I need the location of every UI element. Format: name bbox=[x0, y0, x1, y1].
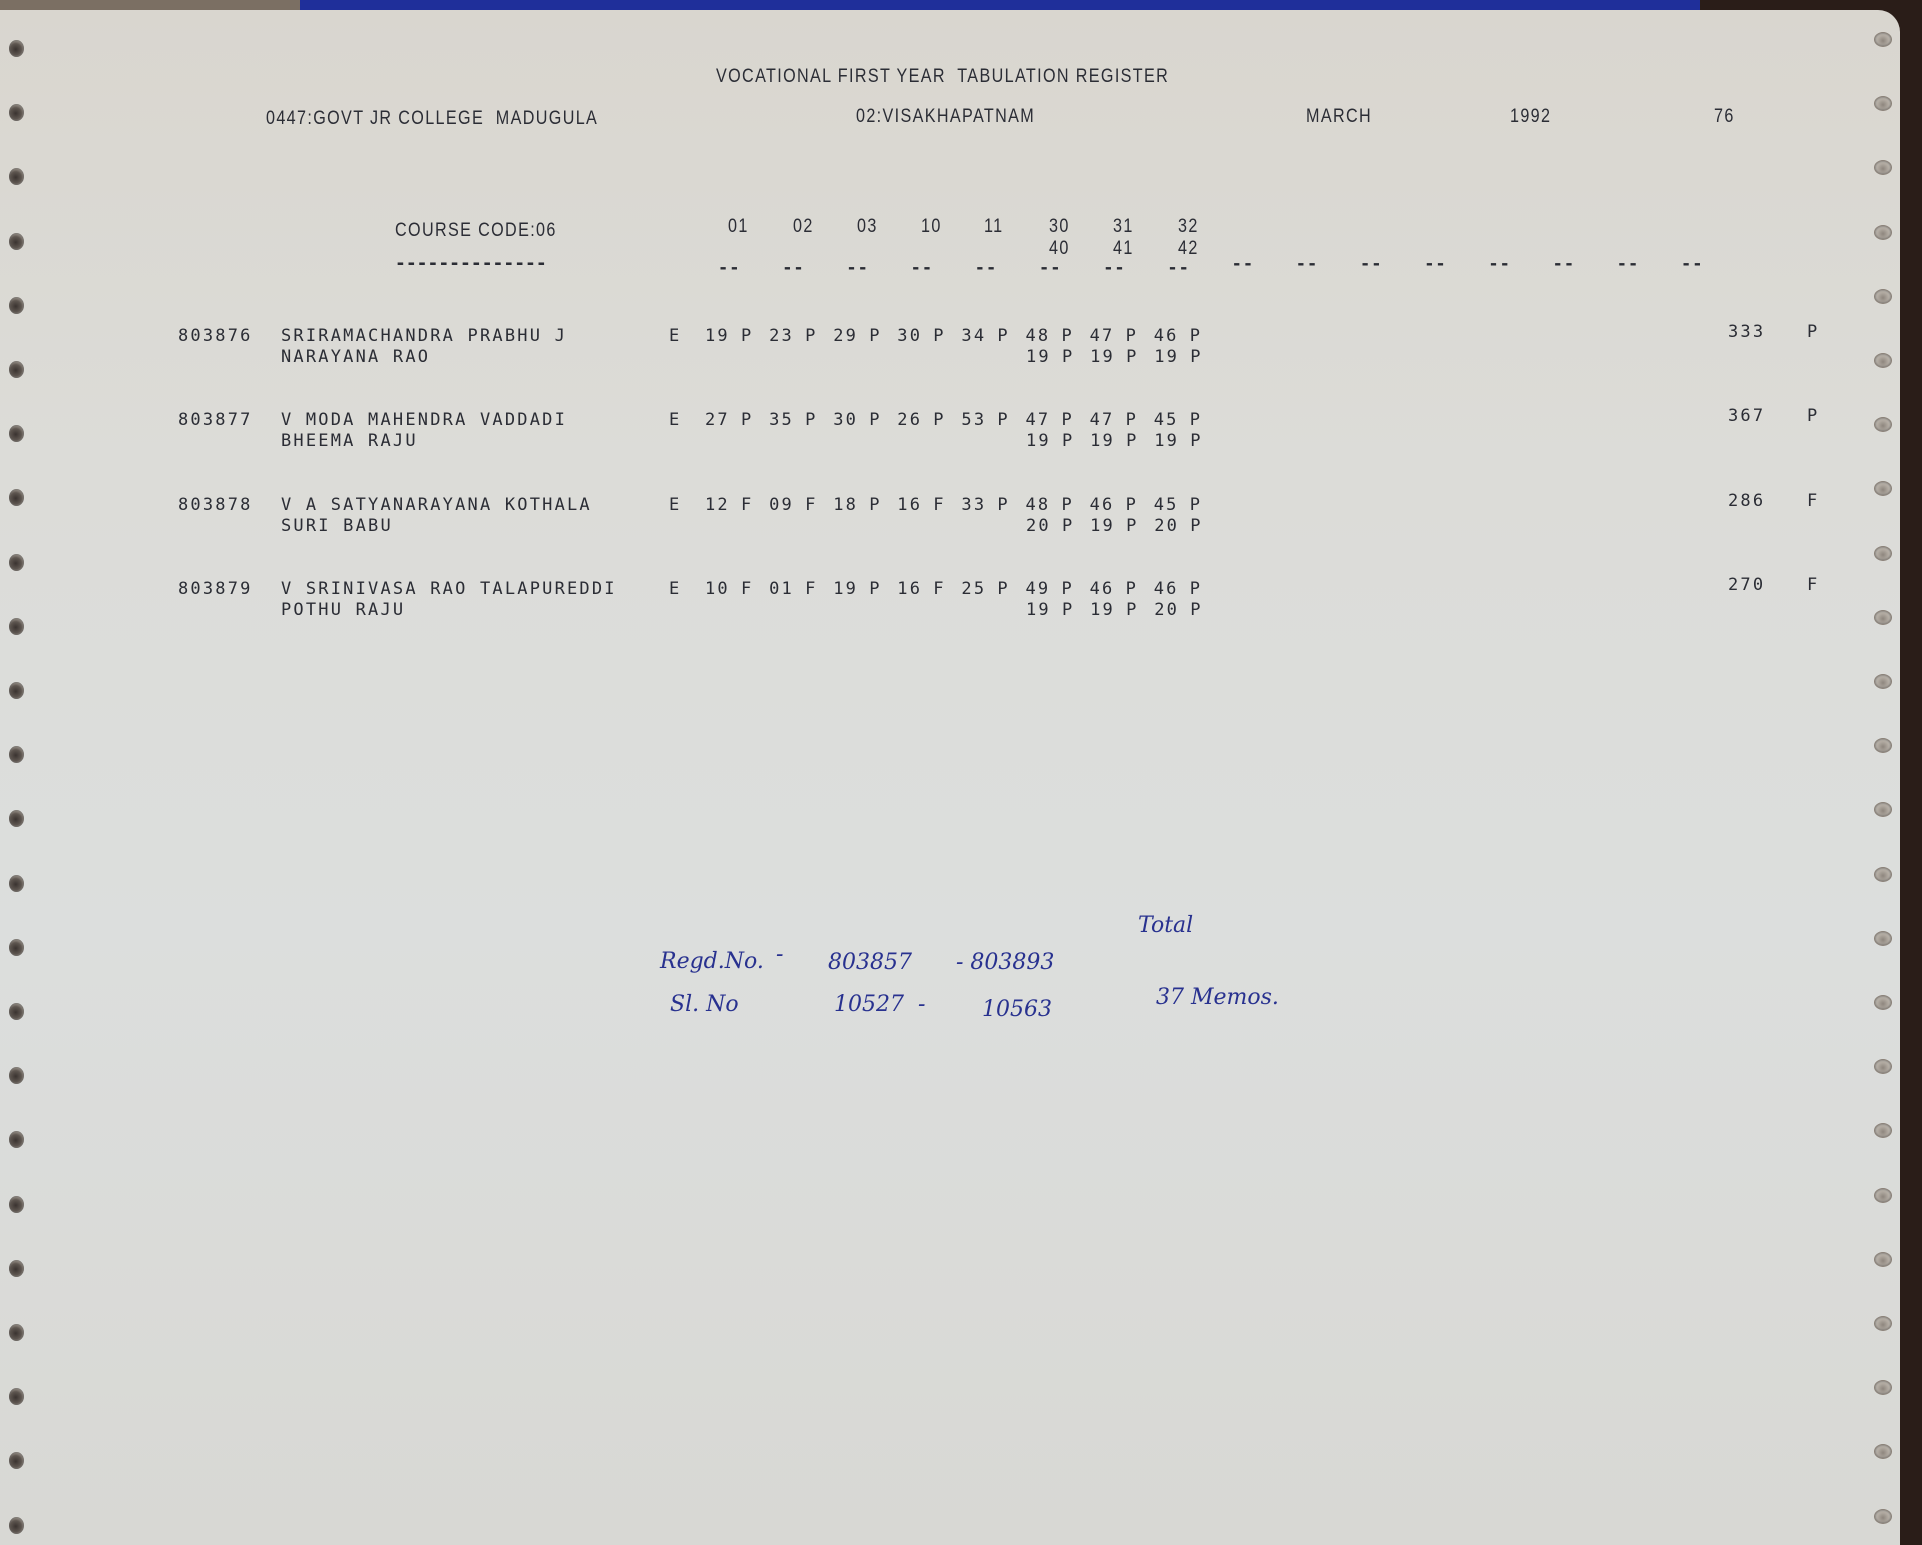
subject-result: P bbox=[1062, 328, 1074, 345]
subject-result: P bbox=[805, 412, 817, 429]
overall-result: P bbox=[1807, 324, 1819, 341]
roll-number: 803879 bbox=[178, 581, 253, 598]
feed-hole-icon bbox=[1874, 1380, 1892, 1395]
subject-mark: 35 bbox=[769, 412, 794, 429]
feed-hole-icon bbox=[9, 233, 24, 250]
feed-hole-icon bbox=[9, 1324, 24, 1341]
feed-hole-icon bbox=[9, 104, 24, 121]
subject-mark: 09 bbox=[769, 497, 794, 514]
total-marks: 286 bbox=[1728, 493, 1765, 510]
subject-mark: 33 bbox=[961, 497, 986, 514]
practical-result: P bbox=[1126, 518, 1138, 535]
feed-hole-icon bbox=[1874, 1316, 1892, 1331]
column-dash: -- bbox=[1424, 256, 1446, 273]
practical-mark: 19 bbox=[1154, 433, 1179, 450]
feed-hole-icon bbox=[1874, 546, 1892, 561]
handwritten-sl-from: 10527 - bbox=[834, 992, 925, 1017]
practical-mark: 20 bbox=[1026, 518, 1051, 535]
course-code-underline: -------------- bbox=[395, 255, 547, 273]
subject-mark: 49 bbox=[1026, 581, 1051, 598]
subject-result: P bbox=[1062, 581, 1074, 598]
feed-hole-icon bbox=[9, 682, 24, 699]
feed-hole-icon bbox=[9, 40, 24, 57]
total-marks: 270 bbox=[1728, 577, 1765, 594]
total-marks: 333 bbox=[1728, 324, 1765, 341]
student-name: SRIRAMACHANDRA PRABHU J bbox=[281, 328, 567, 345]
subject-mark: 47 bbox=[1026, 412, 1051, 429]
column-dash: -- bbox=[846, 260, 868, 277]
subject-code-0: 01 bbox=[728, 217, 749, 236]
feed-hole-icon bbox=[9, 618, 24, 635]
subject-result: F bbox=[741, 581, 753, 598]
column-dash: -- bbox=[975, 260, 997, 277]
feed-hole-icon bbox=[1874, 160, 1892, 175]
column-dash: -- bbox=[1553, 256, 1575, 273]
subject-result: P bbox=[1190, 497, 1202, 514]
subject-mark: 34 bbox=[961, 328, 986, 345]
subject-code-2: 03 bbox=[857, 217, 878, 236]
feed-hole-icon bbox=[9, 554, 24, 571]
subject-code-7: 32 bbox=[1178, 217, 1199, 236]
overall-result: F bbox=[1807, 577, 1819, 594]
subject-result: P bbox=[869, 412, 881, 429]
feed-hole-icon bbox=[9, 1517, 24, 1534]
feed-hole-icon bbox=[9, 746, 24, 763]
subject-mark: 23 bbox=[769, 328, 794, 345]
exam-year: 1992 bbox=[1510, 107, 1551, 126]
subject-mark: 46 bbox=[1090, 497, 1115, 514]
subject-mark: 46 bbox=[1090, 581, 1115, 598]
feed-hole-icon bbox=[1874, 417, 1892, 432]
subject-mark: 53 bbox=[961, 412, 986, 429]
subject-result: P bbox=[1190, 412, 1202, 429]
student-name: V A SATYANARAYANA KOTHALA bbox=[281, 497, 592, 514]
register-title: VOCATIONAL FIRST YEAR TABULATION REGISTE… bbox=[716, 67, 1169, 86]
feed-hole-icon bbox=[1874, 1509, 1892, 1524]
feed-hole-icon bbox=[9, 1452, 24, 1469]
subject-mark: 19 bbox=[705, 328, 730, 345]
subject-result: P bbox=[997, 412, 1009, 429]
practical-result: P bbox=[1062, 518, 1074, 535]
feed-hole-icon bbox=[9, 1388, 24, 1405]
feed-hole-icon bbox=[1874, 1123, 1892, 1138]
subject-mark: 01 bbox=[769, 581, 794, 598]
subject-result: P bbox=[1126, 581, 1138, 598]
subject-code-4: 11 bbox=[984, 217, 1003, 236]
practical-result: P bbox=[1126, 349, 1138, 366]
subject-result: P bbox=[997, 328, 1009, 345]
handwritten-total-label: Total bbox=[1138, 913, 1193, 938]
subject-result: P bbox=[997, 581, 1009, 598]
subject-result: P bbox=[1190, 581, 1202, 598]
feed-hole-icon bbox=[1874, 802, 1892, 817]
practical-result: P bbox=[1190, 518, 1202, 535]
subject-mark: 45 bbox=[1154, 412, 1179, 429]
subject-mark: 25 bbox=[961, 581, 986, 598]
practical-result: P bbox=[1190, 433, 1202, 450]
subject-result: P bbox=[741, 328, 753, 345]
feed-hole-icon bbox=[1874, 1444, 1892, 1459]
practical-mark: 19 bbox=[1154, 349, 1179, 366]
practical-mark: 19 bbox=[1026, 602, 1051, 619]
column-dash: -- bbox=[1296, 256, 1318, 273]
feed-hole-icon bbox=[1874, 353, 1892, 368]
practical-mark: 19 bbox=[1090, 518, 1115, 535]
subject-result: P bbox=[869, 497, 881, 514]
exam-month: MARCH bbox=[1306, 107, 1372, 126]
subject-mark: 18 bbox=[833, 497, 858, 514]
subject-code-line2-5: 40 bbox=[1049, 239, 1070, 258]
medium: E bbox=[669, 497, 681, 514]
feed-hole-icon bbox=[9, 810, 24, 827]
subject-mark: 10 bbox=[705, 581, 730, 598]
practical-result: P bbox=[1062, 349, 1074, 366]
feed-hole-icon bbox=[1874, 738, 1892, 753]
feed-hole-icon bbox=[1874, 225, 1892, 240]
feed-hole-icon bbox=[1874, 32, 1892, 47]
feed-hole-icon bbox=[9, 1196, 24, 1213]
feed-hole-icon bbox=[9, 875, 24, 892]
student-name: V MODA MAHENDRA VADDADI bbox=[281, 412, 567, 429]
column-dash: -- bbox=[1167, 260, 1189, 277]
overall-result: F bbox=[1807, 493, 1819, 510]
subject-code-3: 10 bbox=[921, 217, 942, 236]
feed-hole-icon bbox=[9, 297, 24, 314]
subject-result: P bbox=[741, 412, 753, 429]
column-dash: -- bbox=[1488, 256, 1510, 273]
feed-hole-icon bbox=[1874, 1059, 1892, 1074]
tabulation-register-sheet: VOCATIONAL FIRST YEAR TABULATION REGISTE… bbox=[0, 10, 1900, 1545]
father-name: NARAYANA RAO bbox=[281, 349, 430, 366]
column-dash: -- bbox=[1360, 256, 1382, 273]
feed-hole-icon bbox=[1874, 931, 1892, 946]
subject-result: P bbox=[869, 328, 881, 345]
student-name: V SRINIVASA RAO TALAPUREDDI bbox=[281, 581, 617, 598]
subject-code-6: 31 bbox=[1113, 217, 1134, 236]
district-name: 02:VISAKHAPATNAM bbox=[856, 107, 1035, 126]
handwritten-sl-label: Sl. No bbox=[670, 992, 739, 1017]
feed-hole-icon bbox=[9, 425, 24, 442]
father-name: BHEEMA RAJU bbox=[281, 433, 418, 450]
subject-result: P bbox=[933, 328, 945, 345]
subject-mark: 47 bbox=[1090, 328, 1115, 345]
roll-number: 803878 bbox=[178, 497, 253, 514]
practical-mark: 19 bbox=[1026, 349, 1051, 366]
subject-code-5: 30 bbox=[1049, 217, 1070, 236]
practical-result: P bbox=[1190, 349, 1202, 366]
subject-result: P bbox=[933, 412, 945, 429]
subject-mark: 46 bbox=[1154, 581, 1179, 598]
subject-mark: 12 bbox=[705, 497, 730, 514]
column-dash: -- bbox=[1617, 256, 1639, 273]
feed-hole-icon bbox=[9, 1067, 24, 1084]
feed-hole-icon bbox=[9, 1260, 24, 1277]
subject-mark: 16 bbox=[897, 581, 922, 598]
subject-mark: 19 bbox=[833, 581, 858, 598]
handwritten-sl-to: 10563 bbox=[982, 997, 1052, 1022]
subject-result: P bbox=[997, 497, 1009, 514]
column-dash: -- bbox=[1103, 260, 1125, 277]
feed-hole-icon bbox=[1874, 995, 1892, 1010]
subject-result: P bbox=[805, 328, 817, 345]
subject-result: P bbox=[1126, 412, 1138, 429]
practical-mark: 20 bbox=[1154, 602, 1179, 619]
subject-mark: 30 bbox=[897, 328, 922, 345]
handwritten-regd-from: 803857 bbox=[828, 950, 912, 975]
subject-result: P bbox=[1062, 412, 1074, 429]
subject-result: F bbox=[933, 581, 945, 598]
feed-hole-icon bbox=[1874, 610, 1892, 625]
feed-hole-icon bbox=[9, 168, 24, 185]
practical-result: P bbox=[1126, 433, 1138, 450]
column-dash: -- bbox=[1681, 256, 1703, 273]
handwritten-regd-to: - 803893 bbox=[956, 950, 1054, 975]
subject-result: P bbox=[869, 581, 881, 598]
practical-mark: 20 bbox=[1154, 518, 1179, 535]
subject-result: P bbox=[1126, 328, 1138, 345]
practical-result: P bbox=[1190, 602, 1202, 619]
course-code: COURSE CODE:06 bbox=[395, 221, 557, 240]
subject-code-1: 02 bbox=[793, 217, 814, 236]
feed-hole-icon bbox=[9, 489, 24, 506]
subject-mark: 27 bbox=[705, 412, 730, 429]
subject-result: P bbox=[1126, 497, 1138, 514]
subject-mark: 45 bbox=[1154, 497, 1179, 514]
feed-hole-icon bbox=[9, 1003, 24, 1020]
subject-result: P bbox=[1190, 328, 1202, 345]
practical-result: P bbox=[1126, 602, 1138, 619]
column-dash: -- bbox=[718, 260, 740, 277]
subject-result: F bbox=[741, 497, 753, 514]
total-marks: 367 bbox=[1728, 408, 1765, 425]
feed-hole-icon bbox=[1874, 867, 1892, 882]
father-name: POTHU RAJU bbox=[281, 602, 405, 619]
feed-hole-icon bbox=[1874, 96, 1892, 111]
column-dash: -- bbox=[1039, 260, 1061, 277]
practical-result: P bbox=[1062, 433, 1074, 450]
column-dash: -- bbox=[911, 260, 933, 277]
subject-result: F bbox=[933, 497, 945, 514]
feed-hole-icon bbox=[1874, 1188, 1892, 1203]
handwritten-regd-dash: - bbox=[776, 942, 783, 967]
subject-mark: 47 bbox=[1090, 412, 1115, 429]
subject-mark: 16 bbox=[897, 497, 922, 514]
overall-result: P bbox=[1807, 408, 1819, 425]
feed-hole-icon bbox=[9, 361, 24, 378]
feed-hole-icon bbox=[1874, 1252, 1892, 1267]
handwritten-regd-label: Regd.No. bbox=[660, 949, 764, 974]
column-dash: -- bbox=[782, 260, 804, 277]
roll-number: 803876 bbox=[178, 328, 253, 345]
feed-hole-icon bbox=[9, 1131, 24, 1148]
medium: E bbox=[669, 412, 681, 429]
practical-mark: 19 bbox=[1090, 349, 1115, 366]
subject-mark: 48 bbox=[1026, 328, 1051, 345]
practical-result: P bbox=[1062, 602, 1074, 619]
subject-result: P bbox=[1062, 497, 1074, 514]
subject-code-line2-7: 42 bbox=[1178, 239, 1199, 258]
column-dash: -- bbox=[1232, 256, 1254, 273]
subject-result: F bbox=[805, 581, 817, 598]
subject-code-line2-6: 41 bbox=[1113, 239, 1134, 258]
medium: E bbox=[669, 581, 681, 598]
subject-result: F bbox=[805, 497, 817, 514]
subject-mark: 29 bbox=[833, 328, 858, 345]
subject-mark: 46 bbox=[1154, 328, 1179, 345]
medium: E bbox=[669, 328, 681, 345]
feed-hole-icon bbox=[1874, 674, 1892, 689]
practical-mark: 19 bbox=[1090, 602, 1115, 619]
feed-hole-icon bbox=[1874, 481, 1892, 496]
subject-mark: 30 bbox=[833, 412, 858, 429]
page-number: 76 bbox=[1714, 107, 1735, 126]
subject-mark: 48 bbox=[1026, 497, 1051, 514]
father-name: SURI BABU bbox=[281, 518, 393, 535]
handwritten-memo-count: 37 Memos. bbox=[1156, 985, 1279, 1010]
practical-mark: 19 bbox=[1090, 433, 1115, 450]
roll-number: 803877 bbox=[178, 412, 253, 429]
practical-mark: 19 bbox=[1026, 433, 1051, 450]
feed-hole-icon bbox=[9, 939, 24, 956]
subject-mark: 26 bbox=[897, 412, 922, 429]
college-name: 0447:GOVT JR COLLEGE MADUGULA bbox=[266, 109, 598, 128]
feed-hole-icon bbox=[1874, 289, 1892, 304]
